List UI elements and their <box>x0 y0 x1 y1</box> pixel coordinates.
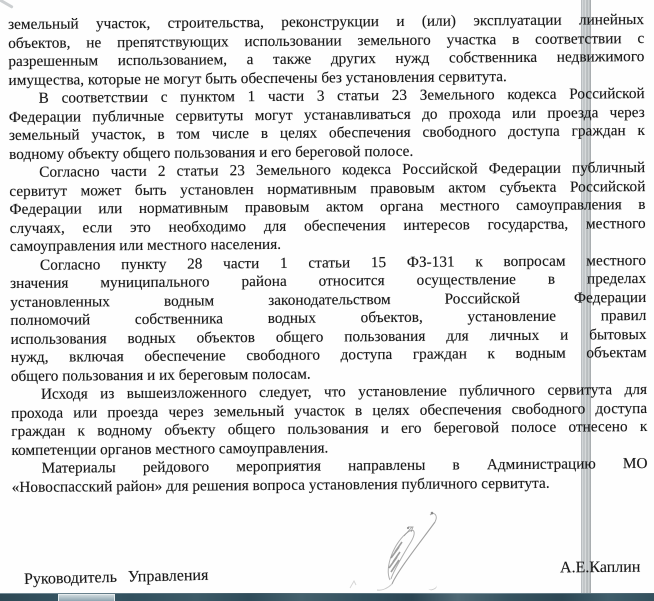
scanned-document-page: земельный участок, строительства, реконс… <box>0 0 654 601</box>
paragraph: Согласно пункту 28 части 1 статьи 15 ФЗ-… <box>10 251 647 385</box>
paragraph: В соответствии с пунктом 1 части 3 стать… <box>9 85 646 164</box>
scan-smudge-icon <box>0 0 14 9</box>
taskbar-strip[interactable] <box>0 593 654 601</box>
signature-scribble-icon <box>338 500 458 595</box>
taskbar-button[interactable] <box>58 594 115 601</box>
paragraph: Согласно части 2 статьи 23 Земельного ко… <box>9 159 646 256</box>
scan-artifact-band-icon <box>581 0 591 594</box>
signoff-title: Руководитель Управления <box>24 567 209 589</box>
document-text: земельный участок, строительства, реконс… <box>8 11 648 497</box>
signoff-name: А.Е.Каплин <box>560 559 641 578</box>
paragraph: Материалы рейдового мероприятия направле… <box>11 455 647 497</box>
paragraph: земельный участок, строительства, реконс… <box>8 11 645 90</box>
paragraph: Исходя из вышеизложенного следует, что у… <box>11 381 648 460</box>
